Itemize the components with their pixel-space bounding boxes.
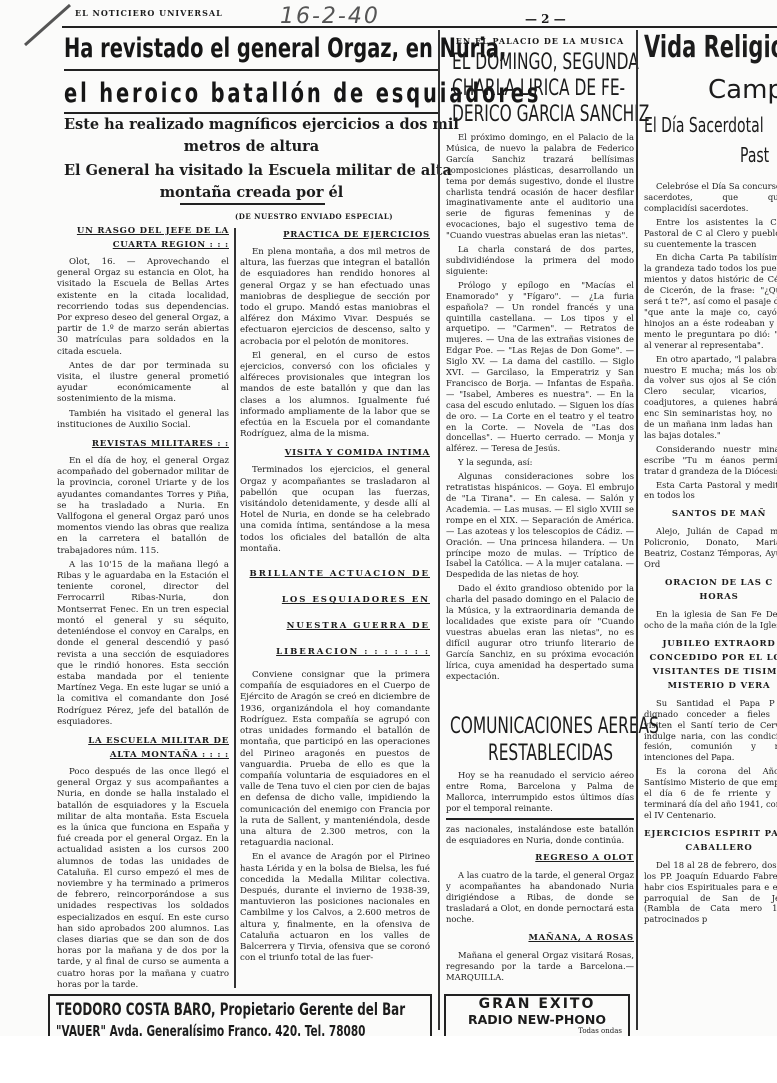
paragraph: El general, en el curso de estos ejercic… [240,351,430,441]
main-continuation: zas nacionales, instalándose este batall… [446,824,634,983]
headline-rule [64,69,439,71]
music-headline-line3: DERICO GARCIA SANCHIZ [452,102,649,127]
section-title: SANTOS DE MAÑ [644,507,777,521]
paragraph: En otro apartado, "l palabras de nuestro… [644,354,777,441]
section-title: MAÑANA, A ROSAS [446,931,634,945]
paragraph: En dicha Carta Pa tabilísimo a la grande… [644,252,777,350]
section-title: JUBILEO EXTRAORD CONCEDIDO POR EL LOS VI… [644,637,777,693]
section-title: ORACION DE LAS C HORAS [644,576,777,604]
religion-headline: Vida Religios [644,30,737,65]
music-article: EN EL PALACIO DE LA MUSICA EL DOMINGO, S… [446,36,634,684]
subhead1-line2: metros de altura [64,138,439,155]
ad-line1: TEODORO COSTA BARO, Propietario Gerente … [56,1000,318,1020]
subhead2-line1: El General ha visitado la Escuela milita… [64,162,439,179]
paragraph: En el avance de Aragón por el Pirineo ha… [240,852,430,964]
headline-rule [64,112,439,114]
section-title: BRILLANTE ACTUACION DE LOS ESQUIADORES E… [240,561,430,665]
music-headline-line1: EL DOMINGO, SEGUNDA [452,50,639,75]
section-title: UN RASGO DEL JEFE DE LA CUARTA REGION : … [57,224,229,252]
paragraph: Considerando nuestr minario, escribe "Tu… [644,444,777,477]
air-article: COMUNICACIONES AEREAS RESTABLECIDAS Hoy … [446,714,634,986]
section-title: PRACTICA DE EJERCICIOS [240,228,430,242]
music-headline: EL DOMINGO, SEGUNDA CHARLA LIRICA DE FE-… [446,46,634,110]
air-body: Hoy se ha reanudado el servicio aéreo en… [446,770,634,814]
ad-radio-line2: RADIO NEW-PHONO [446,1012,628,1027]
column-divider [636,30,638,1030]
masthead: EL NOTICIERO UNIVERSAL [75,8,223,18]
paragraph: En el día de hoy, el general Orgaz acomp… [57,456,229,557]
paragraph: Celebróse el Día Sa concurso de sacerdot… [644,181,777,214]
article-column-1: UN RASGO DEL JEFE DE LA CUARTA REGION : … [57,218,229,994]
paragraph: En plena montaña, a dos mil metros de al… [240,247,430,348]
paragraph: A las 10'15 de la mañana llegó a Ribas y… [57,560,229,728]
divider [446,818,634,820]
advertisement-bar: TEODORO COSTA BARO, Propietario Gerente … [48,994,432,1038]
correspondent-credit: (DE NUESTRO ENVIADO ESPECIAL) [235,212,393,221]
paragraph: Dado el éxito grandioso obtenido por la … [446,583,634,681]
paragraph: Mañana el general Orgaz visitará Rosas, … [446,950,634,983]
religion-subhead: Camp [708,75,777,105]
paragraph: Terminados los ejercicios, el general Or… [240,465,430,555]
paragraph: Poco después de las once llegó el genera… [57,767,229,991]
music-headline-line2: CHARLA LIRICA DE FE- [452,76,625,101]
paragraph: Prólogo y epílogo en "Macías el Enamorad… [446,280,634,455]
header-rule [62,26,777,28]
section-title: LA ESCUELA MILITAR DE ALTA MONTAÑA : : :… [57,734,229,762]
paragraph: Antes de dar por terminada su visita, el… [57,361,229,406]
newspaper-clipping: EL NOTICIERO UNIVERSAL 16-2-40 — 2 — Ha … [0,0,777,1083]
section-title: REGRESO A OLOT [446,851,634,865]
paragraph: También ha visitado el general las insti… [57,409,229,431]
paragraph: La charla constará de dos partes, subdiv… [446,244,634,277]
air-headline-line1: COMUNICACIONES AEREAS [450,714,579,739]
paragraph: Y la segunda, así: [446,457,634,468]
paragraph: Del 18 al 28 de febrero, dos por los PP.… [644,860,777,925]
section-title: EJERCICIOS ESPIRIT PARA CABALLERO [644,827,777,855]
religion-subhead2-line2: Past [740,143,766,167]
radio-advertisement: GRAN EXITO RADIO NEW-PHONO Todas ondas [444,994,630,1038]
kicker: EN EL PALACIO DE LA MUSICA [446,36,634,46]
page-number: — 2 — [525,12,566,26]
paragraph: Conviene consignar que la primera compañ… [240,670,430,849]
main-headline-line1: Ha revistado el general Orgaz, en Nuria, [64,33,506,64]
paragraph: Algunas consideraciones sobre los retrat… [446,471,634,580]
section-title: REVISTAS MILITARES : : [57,437,229,451]
paragraph: El próximo domingo, en el Palacio de la … [446,132,634,241]
ad-radio-line3: Todas ondas [446,1027,622,1035]
section-title: VISITA Y COMIDA INTIMA [240,446,430,460]
ad-radio-line1: GRAN EXITO [446,996,628,1012]
religion-column: Vida Religios Camp El Día Sacerdotal Pas… [644,30,777,1030]
air-headline-line2: RESTABLECIDAS [488,741,590,766]
paragraph: Esta Carta Pastoral y meditado en todos … [644,480,777,502]
article-column-2: PRACTICA DE EJERCICIOS En plena montaña,… [240,222,430,967]
subhead1-line1: Este ha realizado magníficos ejercicios … [64,116,439,133]
page-bottom-margin [0,1036,777,1083]
column-divider [234,228,236,988]
paragraph: Hoy se ha reanudado el servicio aéreo en… [446,770,634,814]
paragraph: Su Santidad el Papa P ha dignado concede… [644,698,777,763]
subhead-rule [180,203,325,205]
paragraph: Olot, 16. — Aprovechando el general Orga… [57,257,229,358]
paragraph: Es la corona del Año J Santísimo Misteri… [644,766,777,821]
religion-body: Celebróse el Día Sa concurso de sacerdot… [644,181,777,925]
paragraph: A las cuatro de la tarde, el general Org… [446,870,634,925]
paragraph: Entre los asistentes la Carta Pastoral d… [644,217,777,250]
subhead2-line2: montaña creada por él [64,184,439,201]
paragraph: zas nacionales, instalándose este batall… [446,824,634,846]
column-divider [438,30,440,1030]
paragraph: Alejo, Julián de Capad mulo, Policronio,… [644,526,777,570]
paragraph: En la iglesia de San Fe De las ocho de l… [644,609,777,631]
religion-subhead2-line1: El Día Sacerdotal [644,113,737,137]
music-body: El próximo domingo, en el Palacio de la … [446,132,634,681]
